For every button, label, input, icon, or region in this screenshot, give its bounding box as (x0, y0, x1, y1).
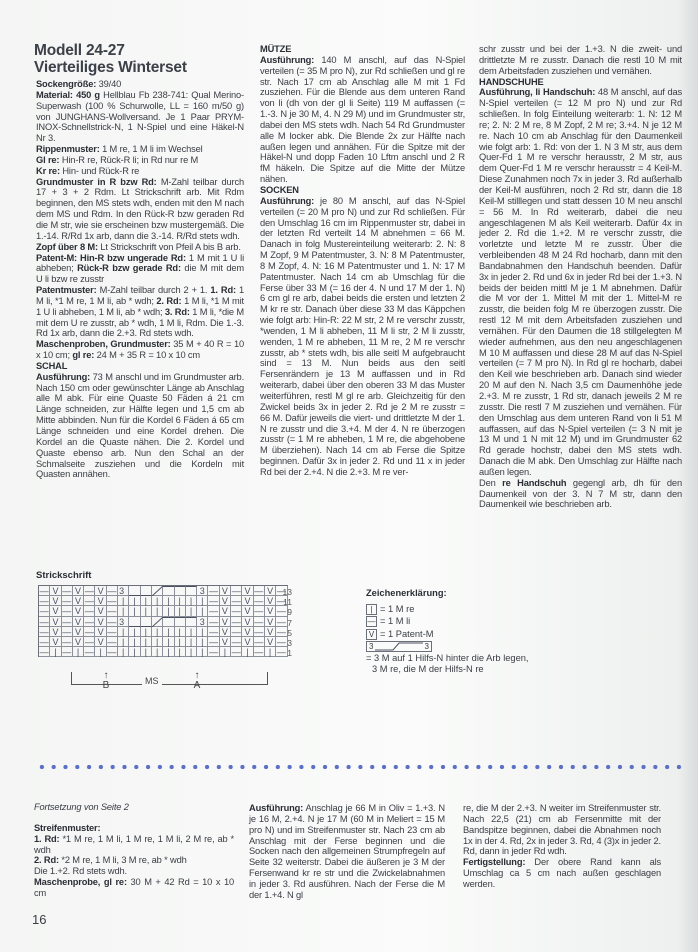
patent-m: Patent-M: Hin-R bzw ungerade Rd: 1 M mit… (36, 253, 244, 286)
cable-description: = 3 M auf 1 Hilfs-N hinter die Arb legen… (366, 653, 529, 675)
chart-row-number: 11 (278, 597, 292, 607)
streifen-rd1: 1. Rd: *1 M re, 1 M li, 1 M re, 1 M li, … (34, 834, 234, 856)
bottom-column-middle: Ausführung: Anschlag je 66 M in Oliv = 1… (249, 803, 445, 901)
chart-cell: 3 (197, 617, 208, 627)
chart-cell: | (197, 596, 208, 606)
chart-cell: — (231, 647, 242, 657)
chart-cell: V (95, 596, 106, 606)
column-right: schr zusstr und bei der 1.+3. N die zwei… (479, 44, 682, 510)
muetze-instructions: Ausführung: 140 M anschl, auf das N-Spie… (260, 55, 465, 185)
chart-title: Strickschrift (36, 570, 91, 581)
pattern-repeat-label: MS (142, 676, 162, 686)
chart-cell: | (242, 647, 253, 657)
chart-cell: — (84, 596, 95, 606)
schal-instructions: Ausführung: 73 M anschl und im Grundmust… (36, 372, 244, 480)
chart-cell: | (186, 596, 197, 606)
chart-cell: V (265, 627, 276, 637)
chart-cell: — (39, 596, 50, 606)
chart-cell: V (95, 617, 106, 627)
chart-cell: | (152, 637, 163, 647)
maschenprobe: Maschenprobe, gl re: 30 M + 42 Rd = 10 x… (34, 877, 234, 899)
chart-cell: | (152, 647, 163, 657)
set-name: Vierteiliges Winterset (34, 59, 187, 76)
chart-cell: — (208, 586, 219, 596)
chart-cell: — (84, 586, 95, 596)
rippenmuster: Rippenmuster: 1 M re, 1 M li im Wechsel (36, 144, 244, 155)
chart-cell: — (254, 647, 265, 657)
chart-cell: — (208, 647, 219, 657)
chart-cell: V (265, 637, 276, 647)
patentmuster: Patentmuster: M-Zahl teilbar durch 2 + 1… (36, 285, 244, 339)
chart-cell: | (186, 627, 197, 637)
chart-cell: — (107, 606, 118, 616)
chart-cell: — (254, 586, 265, 596)
socken-heading: SOCKEN (260, 185, 465, 196)
chart-cell: | (220, 647, 231, 657)
chart-cell: — (62, 596, 73, 606)
chart-cell: | (175, 627, 186, 637)
chart-cell: | (152, 627, 163, 637)
chart-cell: — (254, 637, 265, 647)
chart-cell: — (254, 596, 265, 606)
maschenproben: Maschenproben, Grundmuster: 35 M + 40 R … (36, 339, 244, 361)
arrow-b: ↑B (100, 671, 112, 691)
chart-row-number: 5 (278, 628, 292, 638)
chart-cell: | (50, 647, 61, 657)
chart-cell (175, 617, 186, 627)
dotted-divider (36, 763, 686, 771)
chart-cell: — (39, 586, 50, 596)
chart-cell: — (231, 606, 242, 616)
chart-cell: — (231, 627, 242, 637)
pattern-title: Modell 24-27 Vierteiliges Winterset (34, 42, 187, 76)
bottom-continued: re, die M der 2.+3. N weiter im Streifen… (463, 803, 661, 857)
handschuh-left-instructions: Ausführung, li Handschuh: 48 M anschl, a… (479, 87, 682, 477)
chart-cell: — (39, 637, 50, 647)
chart-cell: V (50, 606, 61, 616)
grundmuster: Grundmuster in R bzw Rd: M-Zahl teilbar … (36, 177, 244, 242)
chart-cell: V (220, 596, 231, 606)
chart-cell: — (84, 617, 95, 627)
chart-cell: — (231, 586, 242, 596)
chart-cell (141, 617, 152, 627)
knitting-chart: —V—V—V—33—V—V—V——V—V—V—||||||||—V—V—V——V… (38, 585, 288, 657)
chart-row-number: 7 (278, 618, 292, 628)
chart-cell: — (62, 647, 73, 657)
arrow-a: ↑A (191, 671, 203, 691)
column-middle: MÜTZE Ausführung: 140 M anschl, auf das … (260, 44, 465, 478)
streifen-rd2: 2. Rd: *2 M re, 1 M li, 3 M re, ab * wdh (34, 855, 234, 866)
chart-cell: | (73, 647, 84, 657)
legend-item-patent: V= 1 Patent-M (366, 628, 529, 641)
chart-cell: — (62, 637, 73, 647)
chart-cell: | (197, 627, 208, 637)
chart-cell: — (208, 606, 219, 616)
chart-cell: V (73, 606, 84, 616)
model-number: Modell 24-27 (34, 42, 187, 59)
chart-cell: V (220, 637, 231, 647)
chart-cell: V (242, 627, 253, 637)
bottom-instructions: Ausführung: Anschlag je 66 M in Oliv = 1… (249, 803, 445, 901)
chart-cell: — (84, 627, 95, 637)
chart-cell: V (265, 617, 276, 627)
chart-cell: — (107, 586, 118, 596)
chart-cell: | (197, 637, 208, 647)
chart-cell: V (95, 637, 106, 647)
streifenmuster-heading: Streifenmuster: (34, 823, 234, 834)
chart-cell: V (73, 586, 84, 596)
chart-cell: — (62, 586, 73, 596)
chart-cell (186, 617, 197, 627)
fertigstellung: Fertigstellung: Der obere Rand kann als … (463, 857, 661, 890)
chart-cell (129, 586, 140, 596)
chart-cell: | (175, 606, 186, 616)
chart-cell: — (84, 637, 95, 647)
zopf: Zopf über 8 M: Lt Strickschrift von Pfei… (36, 242, 244, 253)
chart-cell: — (107, 637, 118, 647)
legend-item-purl: —= 1 M li (366, 615, 529, 628)
chart-cell: | (163, 606, 174, 616)
chart-cell: V (50, 586, 61, 596)
chart-cell: | (141, 637, 152, 647)
chart-cell (129, 617, 140, 627)
chart-cell: | (186, 606, 197, 616)
chart-cell: — (62, 617, 73, 627)
chart-cell: V (50, 637, 61, 647)
chart-cell: | (152, 606, 163, 616)
chart-cell: | (265, 647, 276, 657)
chart-cell: — (254, 617, 265, 627)
chart-cell: V (220, 627, 231, 637)
material: Material: 450 g Hellblau Fb 238-741: Qua… (36, 90, 244, 144)
chart-cell: | (163, 637, 174, 647)
chart-cell: | (186, 647, 197, 657)
chart-cell: — (231, 637, 242, 647)
chart-cell: V (95, 606, 106, 616)
chart-cell: | (141, 596, 152, 606)
chart-cell: V (220, 617, 231, 627)
chart-cell: | (129, 627, 140, 637)
chart-cell: V (220, 586, 231, 596)
chart-cell: | (186, 637, 197, 647)
chart-cell: | (163, 596, 174, 606)
chart-cell: | (141, 627, 152, 637)
schal-heading: SCHAL (36, 361, 244, 372)
chart-cell: | (129, 637, 140, 647)
gl-re: Gl re: Hin-R re, Rück-R li; in Rd nur re… (36, 155, 244, 166)
chart-cell: | (175, 637, 186, 647)
chart-cell: 3 (118, 586, 129, 596)
chart-cell: — (62, 627, 73, 637)
legend-item-cable: 3 3 (366, 640, 529, 653)
chart-cell (163, 586, 174, 596)
chart-cell: — (84, 606, 95, 616)
chart-cell: | (95, 647, 106, 657)
chart-cell: V (73, 637, 84, 647)
bottom-column-left: Fortsetzung von Seite 2 Streifenmuster: … (34, 802, 234, 899)
socken-instructions: Ausführung: je 80 M anschl, auf das N-Sp… (260, 196, 465, 478)
chart-cell: V (50, 596, 61, 606)
chart-cell: | (163, 627, 174, 637)
chart-cell: V (242, 586, 253, 596)
legend-title: Zeichenerklärung: (366, 587, 529, 600)
chart-cell: | (129, 606, 140, 616)
chart-cell: | (118, 637, 129, 647)
chart-cell: V (242, 606, 253, 616)
chart-cell: V (73, 617, 84, 627)
chart-row-number: 13 (278, 587, 292, 597)
chart-cell: | (141, 606, 152, 616)
chart-cell: — (254, 627, 265, 637)
chart-cell (163, 617, 174, 627)
chart-cell: V (242, 596, 253, 606)
streifen-repeat: Die 1.+2. Rd stets wdh. (34, 866, 234, 877)
sockengroesse: Sockengröße: 39/40 (36, 79, 244, 90)
chart-cell: | (118, 627, 129, 637)
chart-cell: 3 (118, 617, 129, 627)
chart-cell: — (84, 647, 95, 657)
chart-cell: | (118, 647, 129, 657)
chart-cell: V (265, 596, 276, 606)
chart-cell: — (231, 617, 242, 627)
chart-cell: — (208, 617, 219, 627)
chart-row-numbers: 131197531 (278, 587, 292, 658)
chart-cell: — (107, 627, 118, 637)
chart-cell: | (118, 596, 129, 606)
chart-cell: — (62, 606, 73, 616)
legend-item-knit: |= 1 M re (366, 603, 529, 616)
chart-cell (152, 586, 163, 596)
chart-cell: — (39, 647, 50, 657)
chart-cell: V (95, 586, 106, 596)
chart-cell: V (50, 617, 61, 627)
chart-cell: | (175, 596, 186, 606)
chart-cell (141, 586, 152, 596)
chart-cell: V (50, 627, 61, 637)
chart-cell: | (163, 647, 174, 657)
column-left: Sockengröße: 39/40 Material: 450 g Hellb… (36, 79, 244, 480)
handschuh-right-instructions: Den re Handschuh gegengl arb, dh für den… (479, 478, 682, 511)
chart-cell: V (73, 596, 84, 606)
bottom-column-right: re, die M der 2.+3. N weiter im Streifen… (463, 803, 661, 890)
muetze-heading: MÜTZE (260, 44, 465, 55)
chart-cell: | (141, 647, 152, 657)
chart-cell: V (220, 606, 231, 616)
socken-continued: schr zusstr und bei der 1.+3. N die zwei… (479, 44, 682, 77)
chart-cell: V (95, 627, 106, 637)
knit-symbol-icon: | (366, 604, 377, 615)
chart-cell (152, 617, 163, 627)
chart-cell (186, 586, 197, 596)
chart-cell (175, 586, 186, 596)
chart-cell: V (242, 617, 253, 627)
chart-cell: V (242, 637, 253, 647)
patent-symbol-icon: V (366, 629, 377, 640)
kr-re: Kr re: Hin- und Rück-R re (36, 166, 244, 177)
chart-cell: — (208, 596, 219, 606)
chart-cell: | (129, 596, 140, 606)
chart-cell: — (254, 606, 265, 616)
chart-cell: — (39, 617, 50, 627)
handschuhe-heading: HANDSCHUHE (479, 77, 682, 88)
continuation-note: Fortsetzung von Seite 2 (34, 802, 234, 813)
chart-cell: — (208, 627, 219, 637)
cable-line-icon (367, 642, 431, 651)
cable-symbol-icon: 3 3 (366, 641, 432, 652)
chart-row-number: 1 (278, 648, 292, 658)
chart-cell: | (197, 647, 208, 657)
chart-cell: | (197, 606, 208, 616)
chart-cell: | (152, 596, 163, 606)
chart-cell: | (118, 606, 129, 616)
purl-symbol-icon: — (366, 616, 377, 627)
magazine-page: Modell 24-27 Vierteiliges Winterset Sock… (0, 0, 698, 952)
chart-row-number: 9 (278, 607, 292, 617)
chart-cell: V (265, 586, 276, 596)
chart-cell: — (107, 647, 118, 657)
chart-cell: V (265, 606, 276, 616)
chart-legend: Zeichenerklärung: |= 1 M re —= 1 M li V=… (366, 587, 529, 675)
chart-cell: — (39, 606, 50, 616)
chart-cell: — (107, 596, 118, 606)
chart-cell: — (231, 596, 242, 606)
page-number: 16 (32, 912, 46, 927)
chart-cell: 3 (197, 586, 208, 596)
chart-cell: V (73, 627, 84, 637)
chart-cell: | (129, 647, 140, 657)
chart-cell: | (175, 647, 186, 657)
chart-cell: — (208, 637, 219, 647)
chart-row-number: 3 (278, 638, 292, 648)
chart-cell: — (107, 617, 118, 627)
chart-cell: — (39, 627, 50, 637)
